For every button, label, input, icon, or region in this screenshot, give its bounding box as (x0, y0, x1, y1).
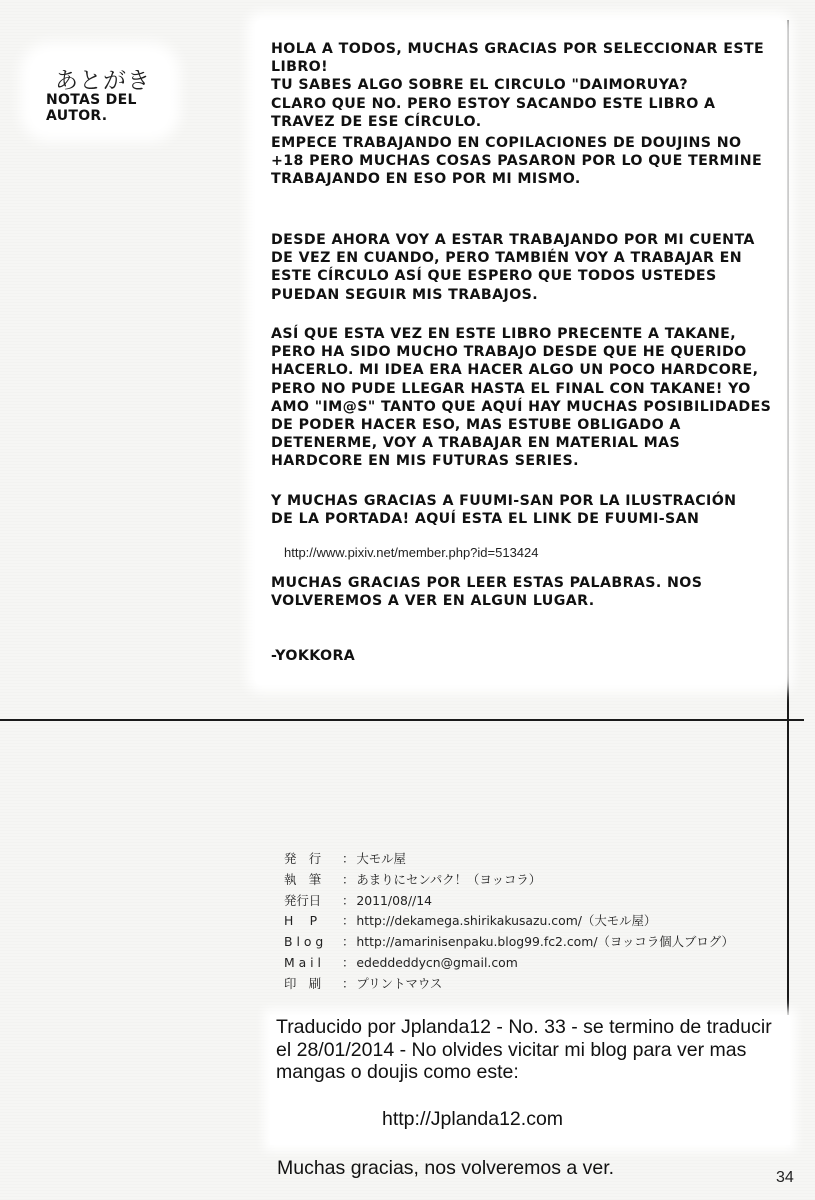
colophon-row: B l o g：http://amarinisenpaku.blog99.fc2… (284, 932, 734, 953)
colophon-row: 印 刷：プリントマウス (284, 974, 734, 995)
colophon-row: 発 行：大モル屋 (284, 849, 734, 870)
afterword-paragraph: Y MUCHAS GRACIAS A FUUMI-SAN POR LA ILUS… (271, 492, 791, 528)
colophon-value: 2011/08//14 (356, 891, 432, 912)
email-link[interactable]: ededdeddycn@gmail.com (356, 953, 517, 974)
colophon-value: プリントマウス (356, 974, 442, 995)
colophon-key: 発 行 (284, 849, 342, 870)
afterword-paragraph: MUCHAS GRACIAS POR LEER ESTAS PALABRAS. … (271, 574, 791, 610)
colophon-key: 発行日 (284, 891, 342, 912)
colophon-row: H P：http://dekamega.shirikakusazu.com/（大… (284, 911, 734, 932)
afterword-paragraph: EMPECE TRABAJANDO EN COPILACIONES DE DOU… (271, 134, 791, 189)
afterword-japanese-title: あとがき (55, 62, 151, 95)
page-number: 34 (776, 1169, 794, 1187)
colophon-key: 印 刷 (284, 974, 342, 995)
colophon-row: 発行日：2011/08//14 (284, 891, 734, 912)
afterword-paragraph: ASÍ QUE ESTA VEZ EN ESTE LIBRO PRECENTE … (271, 325, 791, 471)
translator-blog-link[interactable]: http://Jplanda12.com (382, 1108, 563, 1131)
colophon-row: M a i l：ededdeddycn@gmail.com (284, 953, 734, 974)
translator-note: Traducido por Jplanda12 - No. 33 - se te… (276, 1016, 786, 1084)
translator-thanks: Muchas gracias, nos volveremos a ver. (277, 1157, 614, 1180)
colophon-key: H P (284, 911, 342, 932)
blog-link[interactable]: http://amarinisenpaku.blog99.fc2.com/（ヨッ… (356, 932, 734, 953)
panel-border-horizontal (0, 719, 804, 721)
colophon-key: B l o g (284, 932, 342, 953)
colophon-key: 執 筆 (284, 870, 342, 891)
author-signature: -YOKKORA (271, 647, 791, 665)
colophon: 発 行：大モル屋 執 筆：あまりにセンパク！（ヨッコラ） 発行日：2011/08… (284, 849, 734, 995)
homepage-link[interactable]: http://dekamega.shirikakusazu.com/（大モル屋） (356, 911, 656, 932)
pixiv-link[interactable]: http://www.pixiv.net/member.php?id=51342… (284, 545, 539, 560)
colophon-key: M a i l (284, 953, 342, 974)
colophon-row: 執 筆：あまりにセンパク！（ヨッコラ） (284, 870, 734, 891)
afterword-spanish-title: NOTAS DEL AUTOR. (46, 92, 156, 124)
afterword-paragraph: HOLA A TODOS, MUCHAS GRACIAS POR SELECCI… (271, 40, 791, 131)
afterword-paragraph: DESDE AHORA VOY A ESTAR TRABAJANDO POR M… (271, 231, 791, 304)
manga-page: あとがき NOTAS DEL AUTOR. HOLA A TODOS, MUCH… (0, 0, 815, 1200)
colophon-value: 大モル屋 (356, 849, 406, 870)
colophon-value: あまりにセンパク！（ヨッコラ） (356, 870, 541, 891)
